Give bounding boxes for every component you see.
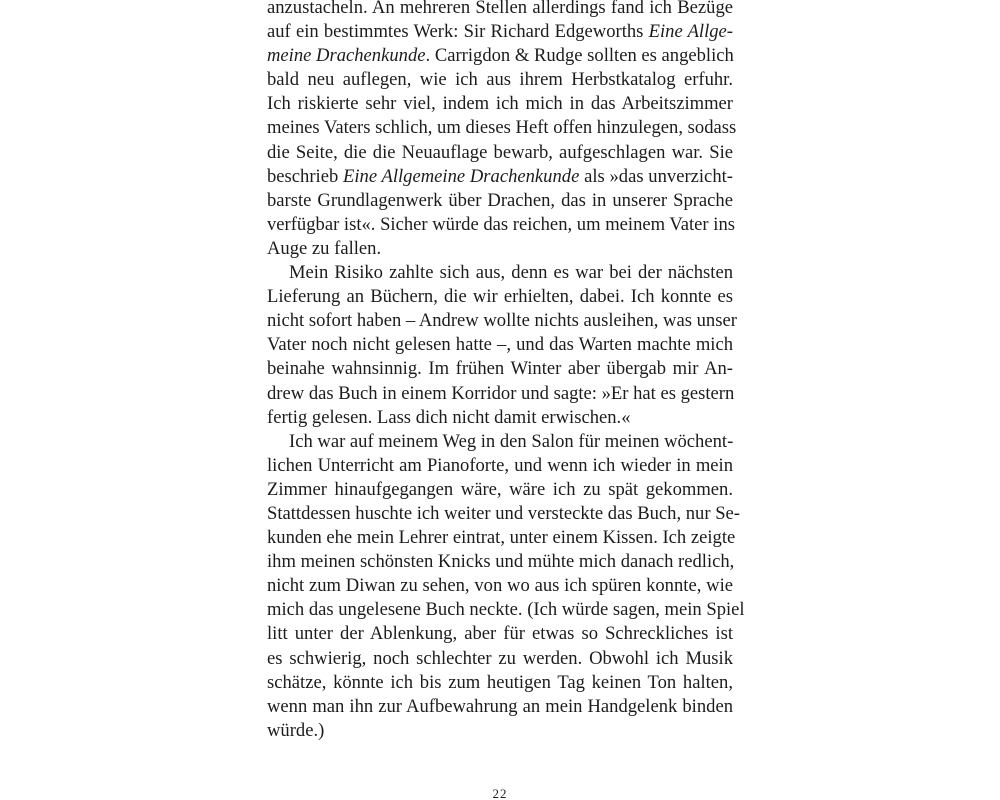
text-segment: würde.) bbox=[267, 720, 324, 741]
text-line: schätze, könnte ich bis zum heutigen Tag… bbox=[267, 671, 733, 695]
text-line: meines Vaters schlich, um dieses Heft of… bbox=[267, 116, 733, 140]
text-line: nicht zum Diwan zu sehen, von wo aus ich… bbox=[267, 574, 733, 598]
italic-title-text: meine Drachenkunde bbox=[267, 45, 426, 66]
text-line: mich das ungelesene Buch neckte. (Ich wü… bbox=[267, 598, 733, 622]
text-line: nicht sofort haben – Andrew wollte nicht… bbox=[267, 309, 733, 333]
italic-title-text: Eine Allgemeine Drachenkunde bbox=[343, 166, 579, 187]
text-segment: kunden ehe mein Lehrer eintrat, unter ei… bbox=[267, 527, 735, 548]
text-segment: litt unter der Ablenkung, aber für etwas… bbox=[267, 623, 733, 644]
text-line: litt unter der Ablenkung, aber für etwas… bbox=[267, 622, 733, 646]
text-segment: drew das Buch in einem Korridor und sagt… bbox=[267, 383, 734, 404]
text-line: kunden ehe mein Lehrer eintrat, unter ei… bbox=[267, 526, 733, 550]
text-line: verfügbar ist«. Sicher würde das reichen… bbox=[267, 213, 733, 237]
text-segment: meines Vaters schlich, um dieses Heft of… bbox=[267, 117, 736, 138]
text-line: anzustacheln. An mehreren Stellen allerd… bbox=[267, 0, 733, 20]
text-segment: bald neu auflegen, wie ich aus ihrem Her… bbox=[267, 69, 733, 90]
text-segment: lichen Unterricht am Pianoforte, und wen… bbox=[267, 455, 733, 476]
text-line: Stattdessen huschte ich weiter und verst… bbox=[267, 502, 733, 526]
text-segment: anzustacheln. An mehreren Stellen allerd… bbox=[267, 0, 733, 18]
text-line: meine Drachenkunde. Carrigdon & Rudge so… bbox=[267, 44, 733, 68]
text-segment: beinahe wahnsinnig. Im frühen Winter abe… bbox=[267, 358, 733, 379]
text-segment: wenn man ihn zur Aufbewahrung an mein Ha… bbox=[267, 696, 733, 717]
italic-title-text: Eine Allge- bbox=[649, 21, 733, 42]
text-line: Ich riskierte sehr viel, indem ich mich … bbox=[267, 92, 733, 116]
text-segment: Zimmer hinaufgegangen wäre, wäre ich zu … bbox=[267, 479, 733, 500]
text-segment: Vater noch nicht gelesen hatte –, und da… bbox=[267, 334, 733, 355]
text-segment: Ich war auf meinem Weg in den Salon für … bbox=[289, 431, 733, 452]
text-line: beinahe wahnsinnig. Im frühen Winter abe… bbox=[267, 357, 733, 381]
paragraph: Mein Risiko zahlte sich aus, denn es war… bbox=[267, 261, 733, 430]
text-line: würde.) bbox=[267, 719, 733, 743]
text-segment: es schwierig, noch schlechter zu werden.… bbox=[267, 648, 733, 669]
text-line: drew das Buch in einem Korridor und sagt… bbox=[267, 382, 733, 406]
text-segment: ihm meinen schönsten Knicks und mühte mi… bbox=[267, 551, 734, 572]
book-page: anzustacheln. An mehreren Stellen allerd… bbox=[0, 0, 1000, 800]
text-line: die Seite, die die Neuauflage bewarb, au… bbox=[267, 141, 733, 165]
text-segment: fertig gelesen. Lass dich nicht damit er… bbox=[267, 407, 631, 428]
text-segment: barste Grundlagenwerk über Drachen, das … bbox=[267, 190, 733, 211]
paragraph: Ich war auf meinem Weg in den Salon für … bbox=[267, 430, 733, 743]
text-line: ihm meinen schönsten Knicks und mühte mi… bbox=[267, 550, 733, 574]
text-segment: Mein Risiko zahlte sich aus, denn es war… bbox=[289, 262, 733, 283]
text-segment: verfügbar ist«. Sicher würde das reichen… bbox=[267, 214, 735, 235]
text-segment: . Carrigdon & Rudge sollten es angeblich bbox=[426, 45, 734, 66]
text-segment: Auge zu fallen. bbox=[267, 238, 381, 259]
text-line: lichen Unterricht am Pianoforte, und wen… bbox=[267, 454, 733, 478]
text-line: Zimmer hinaufgegangen wäre, wäre ich zu … bbox=[267, 478, 733, 502]
text-segment: auf ein bestimmtes Werk: Sir Richard Edg… bbox=[267, 21, 649, 42]
page-number: 22 bbox=[0, 786, 1000, 800]
text-line: barste Grundlagenwerk über Drachen, das … bbox=[267, 189, 733, 213]
text-segment: Lieferung an Büchern, die wir erhielten,… bbox=[267, 286, 733, 307]
text-segment: die Seite, die die Neuauflage bewarb, au… bbox=[267, 142, 733, 163]
body-text: anzustacheln. An mehreren Stellen allerd… bbox=[267, 0, 733, 743]
paragraph: anzustacheln. An mehreren Stellen allerd… bbox=[267, 0, 733, 261]
text-line: beschrieb Eine Allgemeine Drachenkunde a… bbox=[267, 165, 733, 189]
text-line: Lieferung an Büchern, die wir erhielten,… bbox=[267, 285, 733, 309]
text-segment: nicht sofort haben – Andrew wollte nicht… bbox=[267, 310, 737, 331]
text-segment: Ich riskierte sehr viel, indem ich mich … bbox=[267, 93, 733, 114]
text-segment: Stattdessen huschte ich weiter und verst… bbox=[267, 503, 740, 524]
text-segment: nicht zum Diwan zu sehen, von wo aus ich… bbox=[267, 575, 733, 596]
text-line: Ich war auf meinem Weg in den Salon für … bbox=[267, 430, 733, 454]
text-line: wenn man ihn zur Aufbewahrung an mein Ha… bbox=[267, 695, 733, 719]
text-line: Auge zu fallen. bbox=[267, 237, 733, 261]
text-line: Mein Risiko zahlte sich aus, denn es war… bbox=[267, 261, 733, 285]
text-line: fertig gelesen. Lass dich nicht damit er… bbox=[267, 406, 733, 430]
text-segment: beschrieb bbox=[267, 166, 343, 187]
text-line: Vater noch nicht gelesen hatte –, und da… bbox=[267, 333, 733, 357]
text-line: auf ein bestimmtes Werk: Sir Richard Edg… bbox=[267, 20, 733, 44]
text-segment: mich das ungelesene Buch neckte. (Ich wü… bbox=[267, 599, 745, 620]
text-segment: schätze, könnte ich bis zum heutigen Tag… bbox=[267, 672, 733, 693]
text-line: bald neu auflegen, wie ich aus ihrem Her… bbox=[267, 68, 733, 92]
text-line: es schwierig, noch schlechter zu werden.… bbox=[267, 647, 733, 671]
text-segment: als »das unverzicht- bbox=[579, 166, 733, 187]
